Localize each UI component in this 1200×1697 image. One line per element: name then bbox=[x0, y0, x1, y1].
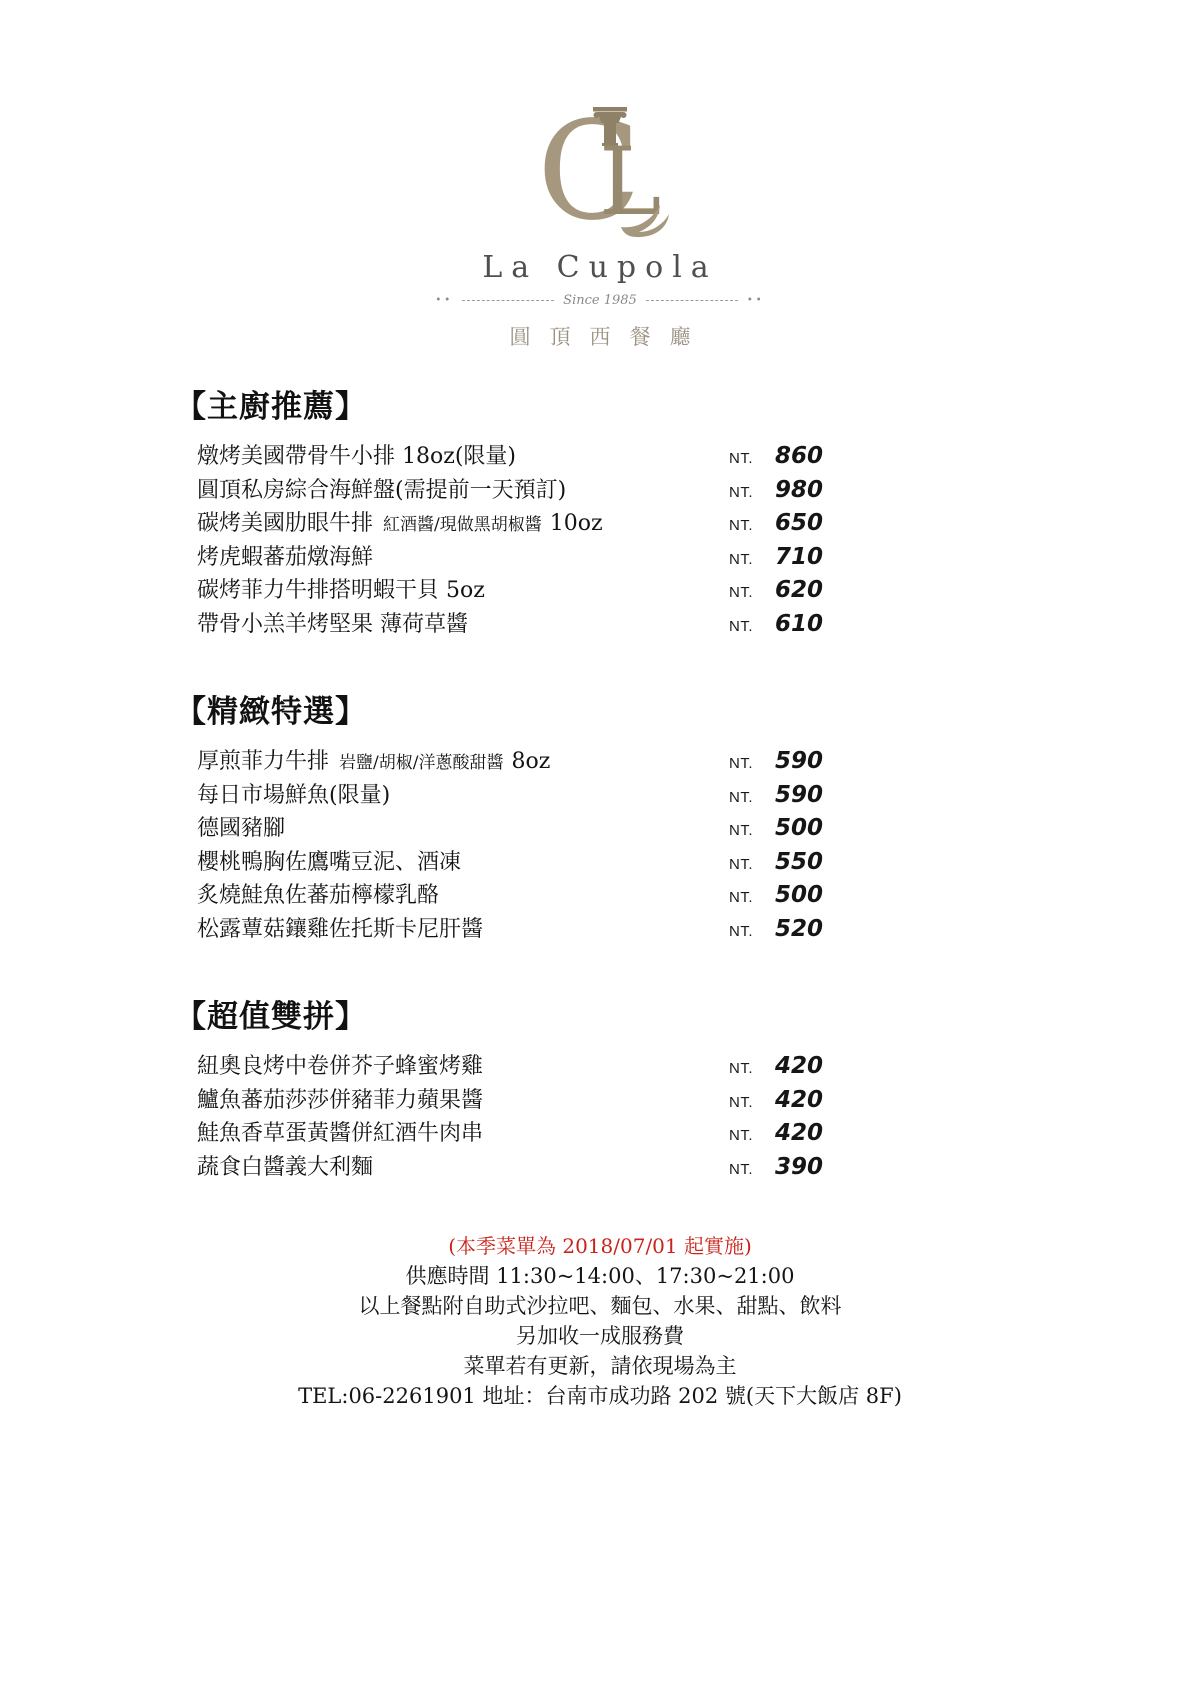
item-name: 每日市場鮮魚(限量) bbox=[197, 778, 390, 809]
item-name: 圓頂私房綜合海鮮盤(需提前一天預訂) bbox=[197, 473, 566, 504]
price-currency: NT. bbox=[729, 856, 775, 873]
price-value: 520 bbox=[775, 916, 837, 942]
price-value: 710 bbox=[775, 544, 837, 570]
menu-item-row: 紐奧良烤中卷併芥子蜂蜜烤雞 NT. 420 bbox=[197, 1049, 837, 1083]
price-currency: NT. bbox=[729, 1127, 775, 1144]
item-name: 炙燒鮭魚佐蕃茄檸檬乳酪 bbox=[197, 878, 439, 909]
price-value: 860 bbox=[775, 443, 837, 469]
footer-contact: TEL:06-2261901 地址：台南市成功路 202 號(天下大飯店 8F) bbox=[0, 1381, 1200, 1411]
price-value: 500 bbox=[775, 882, 837, 908]
footer-service-charge: 另加收一成服務費 bbox=[0, 1321, 1200, 1351]
menu-item-row: 圓頂私房綜合海鮮盤(需提前一天預訂) NT. 980 bbox=[197, 473, 837, 507]
item-name: 紐奧良烤中卷併芥子蜂蜜烤雞 bbox=[197, 1049, 483, 1080]
item-suffix: 8oz bbox=[511, 749, 550, 774]
price-value: 620 bbox=[775, 577, 837, 603]
footer: (本季菜單為 2018/07/01 起實施) 供應時間 11:30~14:00、… bbox=[0, 1231, 1200, 1411]
menu-item-row: 燉烤美國帶骨牛小排 18oz(限量) NT. 860 bbox=[197, 439, 837, 473]
menu-item-row: 每日市場鮮魚(限量) NT. 590 bbox=[197, 778, 837, 812]
brand-name: La Cupola bbox=[0, 250, 1200, 285]
menu-section-value-duos: 【超值雙拼】 紐奧良烤中卷併芥子蜂蜜烤雞 NT. 420 鱸魚蕃茄莎莎併豬菲力蘋… bbox=[175, 997, 837, 1183]
price-value: 420 bbox=[775, 1087, 837, 1113]
menu-item-row: 蔬食白醬義大利麵 NT. 390 bbox=[197, 1150, 837, 1184]
item-name: 鮭魚香草蛋黃醬併紅酒牛肉串 bbox=[197, 1116, 483, 1147]
logo-monogram-svg: C L bbox=[505, 94, 695, 244]
item-suffix: 10oz bbox=[550, 511, 603, 536]
menu-item-row: 帶骨小羔羊烤堅果 薄荷草醬 NT. 610 bbox=[197, 607, 837, 641]
item-name: 碳烤菲力牛排搭明蝦干貝 5oz bbox=[197, 573, 485, 604]
menu-page: C L La Cupola •• Since 1985 bbox=[0, 0, 1200, 1697]
footer-hours: 供應時間 11:30~14:00、17:30~21:00 bbox=[0, 1261, 1200, 1291]
price-value: 590 bbox=[775, 748, 837, 774]
menu-item-row: 碳烤菲力牛排搭明蝦干貝 5oz NT. 620 bbox=[197, 573, 837, 607]
menu: 【主廚推薦】 燉烤美國帶骨牛小排 18oz(限量) NT. 860 圓頂私房綜合… bbox=[175, 387, 837, 1183]
section-title: 【精緻特選】 bbox=[175, 692, 837, 732]
price-currency: NT. bbox=[729, 889, 775, 906]
price-value: 420 bbox=[775, 1053, 837, 1079]
section-items: 燉烤美國帶骨牛小排 18oz(限量) NT. 860 圓頂私房綜合海鮮盤(需提前… bbox=[197, 439, 837, 640]
price-value: 610 bbox=[775, 611, 837, 637]
price-currency: NT. bbox=[729, 923, 775, 940]
item-name: 碳烤美國肋眼牛排 bbox=[197, 506, 373, 537]
item-detail: 紅酒醬/現做黑胡椒醬 bbox=[383, 510, 542, 535]
menu-item-row: 鱸魚蕃茄莎莎併豬菲力蘋果醬 NT. 420 bbox=[197, 1083, 837, 1117]
restaurant-logo: C L La Cupola •• Since 1985 bbox=[0, 0, 1200, 351]
price-currency: NT. bbox=[729, 551, 775, 568]
since-text: Since 1985 bbox=[563, 293, 637, 308]
since-label: •• Since 1985 •• bbox=[0, 293, 1200, 308]
section-items: 紐奧良烤中卷併芥子蜂蜜烤雞 NT. 420 鱸魚蕃茄莎莎併豬菲力蘋果醬 NT. … bbox=[197, 1049, 837, 1183]
section-items: 厚煎菲力牛排 岩鹽/胡椒/洋蔥酸甜醬 8oz NT. 590 每日市場鮮魚(限量… bbox=[197, 744, 837, 945]
menu-item-row: 松露蕈菇鑲雞佐托斯卡尼肝醬 NT. 520 bbox=[197, 912, 837, 946]
item-name: 燉烤美國帶骨牛小排 18oz(限量) bbox=[197, 439, 516, 470]
item-name: 蔬食白醬義大利麵 bbox=[197, 1150, 373, 1181]
price-value: 390 bbox=[775, 1154, 837, 1180]
price-currency: NT. bbox=[729, 1161, 775, 1178]
item-name: 厚煎菲力牛排 bbox=[197, 744, 329, 775]
price-currency: NT. bbox=[729, 1060, 775, 1077]
price-value: 420 bbox=[775, 1120, 837, 1146]
item-name: 帶骨小羔羊烤堅果 薄荷草醬 bbox=[197, 607, 468, 638]
item-name: 鱸魚蕃茄莎莎併豬菲力蘋果醬 bbox=[197, 1083, 483, 1114]
price-value: 980 bbox=[775, 477, 837, 503]
item-name: 松露蕈菇鑲雞佐托斯卡尼肝醬 bbox=[197, 912, 483, 943]
menu-section-exquisite-selections: 【精緻特選】 厚煎菲力牛排 岩鹽/胡椒/洋蔥酸甜醬 8oz NT. 590 每日… bbox=[175, 692, 837, 945]
price-currency: NT. bbox=[729, 822, 775, 839]
price-currency: NT. bbox=[729, 450, 775, 467]
menu-item-row: 炙燒鮭魚佐蕃茄檸檬乳酪 NT. 500 bbox=[197, 878, 837, 912]
footer-notice: (本季菜單為 2018/07/01 起實施) bbox=[0, 1231, 1200, 1261]
price-value: 550 bbox=[775, 849, 837, 875]
section-title: 【主廚推薦】 bbox=[175, 387, 837, 427]
menu-item-row: 碳烤美國肋眼牛排 紅酒醬/現做黑胡椒醬 10oz NT. 650 bbox=[197, 506, 837, 540]
price-currency: NT. bbox=[729, 618, 775, 635]
menu-section-chef-recommendations: 【主廚推薦】 燉烤美國帶骨牛小排 18oz(限量) NT. 860 圓頂私房綜合… bbox=[175, 387, 837, 640]
footer-update-note: 菜單若有更新，請依現場為主 bbox=[0, 1351, 1200, 1381]
price-currency: NT. bbox=[729, 517, 775, 534]
menu-item-row: 鮭魚香草蛋黃醬併紅酒牛肉串 NT. 420 bbox=[197, 1116, 837, 1150]
menu-item-row: 櫻桃鴨胸佐鷹嘴豆泥、酒凍 NT. 550 bbox=[197, 845, 837, 879]
item-name: 德國豬腳 bbox=[197, 811, 285, 842]
since-rule-right bbox=[646, 300, 738, 301]
since-ornament-right: •• bbox=[747, 295, 765, 306]
price-currency: NT. bbox=[729, 484, 775, 501]
section-title: 【超值雙拼】 bbox=[175, 997, 837, 1037]
item-name: 烤虎蝦蕃茄燉海鮮 bbox=[197, 540, 373, 571]
brand-chinese-name: 圓頂西餐廳 bbox=[0, 321, 1200, 351]
menu-item-row: 厚煎菲力牛排 岩鹽/胡椒/洋蔥酸甜醬 8oz NT. 590 bbox=[197, 744, 837, 778]
since-ornament-left: •• bbox=[435, 295, 453, 306]
footer-included: 以上餐點附自助式沙拉吧、麵包、水果、甜點、飲料 bbox=[0, 1291, 1200, 1321]
price-currency: NT. bbox=[729, 789, 775, 806]
price-value: 590 bbox=[775, 782, 837, 808]
since-rule-left bbox=[462, 300, 554, 301]
item-detail: 岩鹽/胡椒/洋蔥酸甜醬 bbox=[339, 748, 503, 773]
price-value: 500 bbox=[775, 815, 837, 841]
price-currency: NT. bbox=[729, 755, 775, 772]
price-currency: NT. bbox=[729, 584, 775, 601]
price-currency: NT. bbox=[729, 1094, 775, 1111]
menu-item-row: 烤虎蝦蕃茄燉海鮮 NT. 710 bbox=[197, 540, 837, 574]
logo-monogram: C L bbox=[505, 94, 695, 244]
item-name: 櫻桃鴨胸佐鷹嘴豆泥、酒凍 bbox=[197, 845, 461, 876]
price-value: 650 bbox=[775, 510, 837, 536]
menu-item-row: 德國豬腳 NT. 500 bbox=[197, 811, 837, 845]
